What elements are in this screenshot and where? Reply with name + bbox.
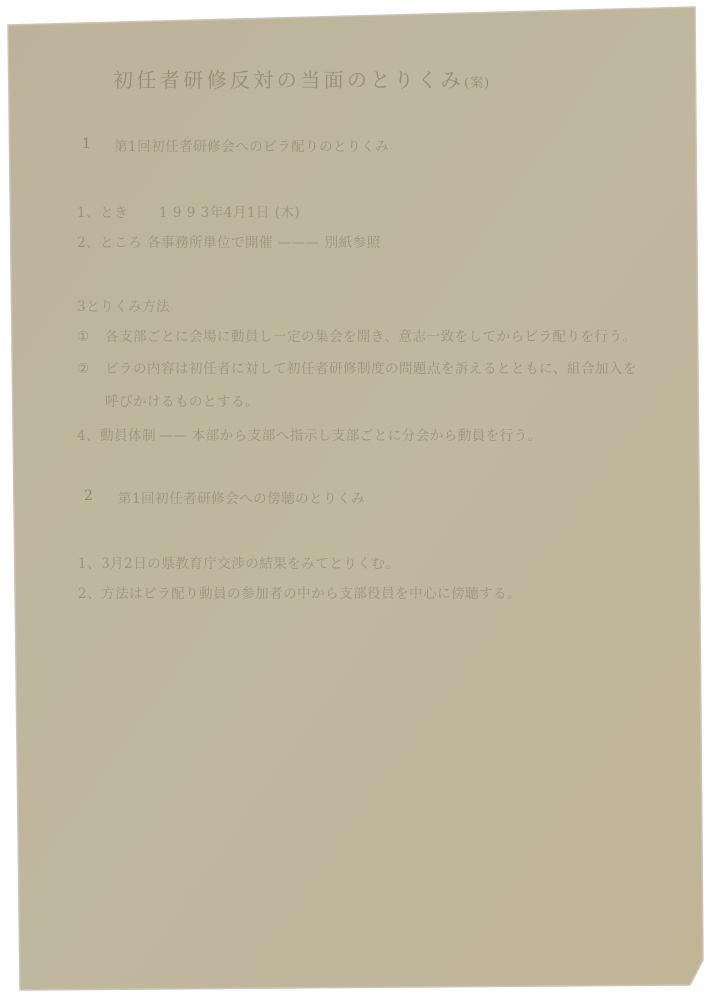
title-draft-mark: (案): [464, 76, 490, 91]
document-title: 初任者研修反対の当面のとりくみ(案): [113, 64, 490, 93]
mobilization-text: —— 本部から支部へ指示し支部ごとに分会から動員を行う。: [159, 428, 542, 444]
section-1-number: 1: [82, 136, 91, 152]
section-1-heading: 第1回初任者研修会へのビラ配りのとりくみ: [114, 135, 389, 155]
mobilization-label: 4、動員体制: [77, 424, 159, 444]
title-text: 初任者研修反対の当面のとりくみ: [113, 68, 464, 92]
section-2-number: 2: [84, 488, 93, 504]
item-value: 1 9 9 3年4月1日 (木): [159, 205, 300, 221]
section-2-heading: 第1回初任者研修会への傍聴のとりくみ: [118, 487, 365, 507]
item-text: ビラの内容は初任者に対して初任者研修制度の問題点を訴えるとともに、組合加入を: [105, 361, 637, 377]
method-heading: 3とりくみ方法: [77, 295, 170, 315]
section-2-item-2: 2、方法はビラ配り動員の参加者の中から支部役員を中心に傍聴する。: [78, 582, 521, 602]
section-2-item-1: 1、3月2日の県教育庁交渉の結果をみてとりくむ。: [78, 552, 399, 572]
mobilization-line: 4、動員体制—— 本部から支部へ指示し支部ごとに分会から動員を行う。: [77, 424, 542, 444]
section-1-item-when: 1、とき1 9 9 3年4月1日 (木): [77, 201, 300, 221]
method-item-2-continuation: 呼びかけるものとする。: [105, 390, 259, 410]
item-marker: ②: [77, 361, 105, 377]
item-marker: ①: [77, 329, 105, 345]
item-text: 各支部ごとに会場に動員し一定の集会を開き、意志一致をしてからビラ配りを行う。: [105, 329, 636, 345]
section-1-item-where: 2、ところ各事務所単位で開催 ——— 別紙参照: [77, 231, 381, 251]
item-label: 2、ところ: [77, 231, 147, 251]
method-item-1: ①各支部ごとに会場に動員し一定の集会を開き、意志一致をしてからビラ配りを行う。: [77, 325, 636, 345]
paper-sheet: 初任者研修反対の当面のとりくみ(案) 1 第1回初任者研修会へのビラ配りのとりく…: [0, 0, 716, 1000]
item-value: 各事務所単位で開催 ——— 別紙参照: [147, 235, 381, 251]
item-label: 1、とき: [77, 201, 159, 221]
method-item-2: ②ビラの内容は初任者に対して初任者研修制度の問題点を訴えるとともに、組合加入を: [77, 357, 637, 377]
